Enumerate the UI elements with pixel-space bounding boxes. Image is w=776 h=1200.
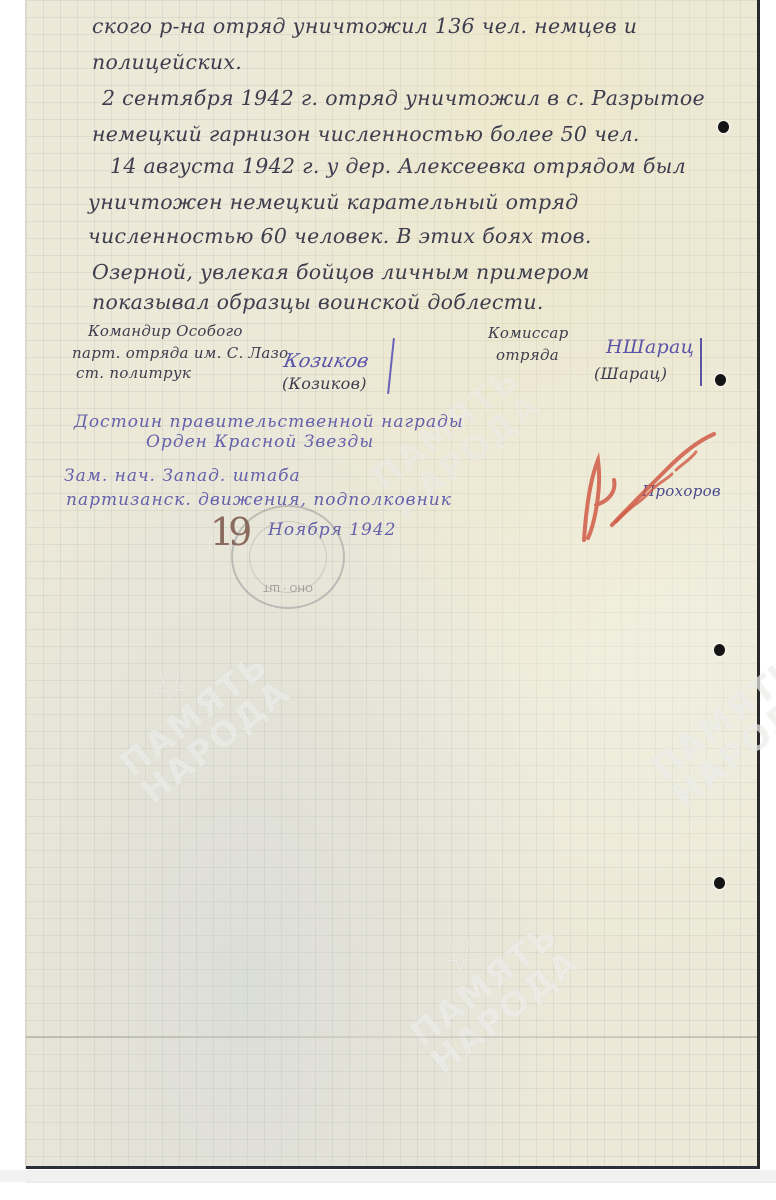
watermark: ПАМЯТЬ НАРОДА (646, 651, 776, 814)
commissar-title: отряда (496, 346, 559, 364)
body-line: Озерной, увлекая бойцов личным примером (92, 260, 590, 284)
paper-fold (26, 1036, 757, 1038)
signature-stroke (700, 338, 702, 386)
body-line: 2 сентября 1942 г. отряд уничтожил в с. … (102, 86, 705, 110)
approval-title: Зам. нач. Запад. штаба (64, 466, 301, 486)
commander-title: парт. отряда им. С. Лазо (72, 344, 289, 362)
commissar-signature: НШарац (606, 336, 694, 358)
commander-title: ст. политрук (76, 364, 191, 382)
award-name: Орден Красной Звезды (146, 432, 374, 452)
body-line: 14 августа 1942 г. у дер. Алексеевка отр… (110, 154, 686, 178)
watermark: ☆ ПАМЯТЬ НАРОДА (86, 611, 296, 810)
red-signature (576, 430, 726, 545)
official-stamp: ОНО · ШТ (231, 505, 345, 609)
document-scan: ☆ ПАМЯТЬ НАРОДА ☆ ПАМЯТЬ НАРОДА ПАМЯТЬ Н… (26, 0, 760, 1169)
body-line: показывал образцы воинской доблести. (92, 290, 544, 314)
award-recommendation: Достоин правительственной награды (74, 412, 464, 432)
body-line: ского р-на отряд уничтожил 136 чел. немц… (92, 14, 637, 38)
commander-name: (Козиков) (282, 374, 367, 393)
commissar-name: (Шарац) (594, 364, 667, 383)
body-line: численностью 60 человек. В этих боях тов… (88, 224, 592, 248)
signature-stroke (387, 338, 395, 394)
commander-signature: Козиков (282, 350, 371, 372)
commander-title: Командир Особого (88, 322, 243, 340)
approval-title: партизанск. движения, подполковник (66, 490, 452, 510)
watermark: ☆ ПАМЯТЬ НАРОДА (376, 881, 586, 1080)
binder-hole (718, 121, 729, 133)
body-line: полицейских. (92, 50, 242, 74)
binder-hole (714, 644, 725, 656)
commissar-title: Комиссар (488, 324, 568, 342)
body-line: немецкий гарнизон численностью более 50 … (92, 122, 640, 146)
page-separator (0, 1170, 776, 1182)
binder-hole (714, 877, 725, 889)
binder-hole (715, 374, 726, 386)
content-card (26, 1182, 776, 1200)
body-line: уничтожен немецкий карательный отряд (88, 190, 579, 214)
